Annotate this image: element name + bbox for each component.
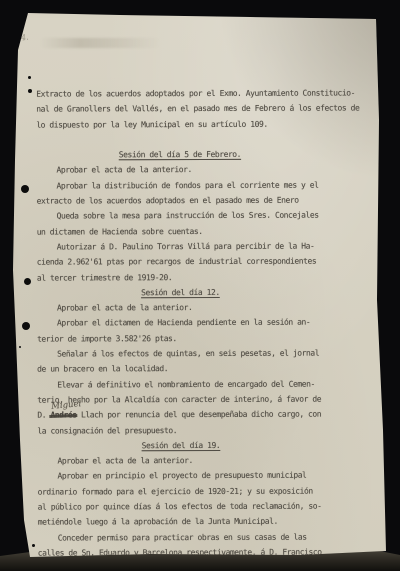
ink-dot	[22, 322, 30, 330]
document-line: al tercer trimestre de 1919-20.	[37, 269, 369, 285]
document-line: un dictamen de Hacienda sobre cuentas.	[37, 223, 369, 239]
document-line: cienda 2.962'61 ptas por recargos de ind…	[37, 254, 369, 270]
document-line: Autorizar á D. Paulino Torras Villá para…	[37, 238, 369, 254]
ink-dot	[28, 89, 32, 93]
session-heading: Sesión del día 5 de Febrero.	[36, 147, 323, 163]
document-line: metiéndole luego á la aprobación de la J…	[38, 514, 370, 530]
document-line: Aprobar el acta de la anterior.	[37, 300, 369, 316]
document-line: Señalar á los efectos de quintas, en sei…	[37, 345, 369, 361]
document-line: Aprobar el acta de la anterior.	[37, 453, 369, 469]
document-line: terio, hecho por la Alcaldía con caracte…	[37, 391, 369, 407]
line-text: Llach por renuncia del que desempeñaba d…	[77, 410, 322, 420]
document-line: Elevar á definitivo el nombramiento de e…	[37, 376, 369, 392]
document-line: nal de Granollers del Vallés, en el pasa…	[36, 101, 368, 117]
corrected-name: MiguelAndrés	[50, 408, 76, 423]
session-heading: Sesión del día 12.	[37, 284, 324, 300]
margin-pencil-note: 4.	[20, 33, 29, 43]
document-line: Conceder permiso para practicar obras en…	[38, 529, 370, 545]
document-line: Aprobar en principio el proyecto de pres…	[38, 468, 370, 484]
document-line: lo dispuesto por la ley Municipal en su …	[36, 116, 368, 132]
ink-dot	[24, 278, 31, 285]
ink-dot	[32, 544, 35, 547]
faint-smudge	[40, 38, 160, 48]
document-line: Extracto de los acuerdos adoptados por e…	[36, 85, 368, 101]
paper-sheet: 4. Extracto de los acuerdos adoptados po…	[0, 0, 400, 571]
document-line: Aprobar la distribución de fondos para e…	[36, 177, 368, 193]
scanned-document-photo: 4. Extracto de los acuerdos adoptados po…	[0, 0, 400, 571]
document-line: Queda sobre la mesa para instrucción de …	[37, 208, 369, 224]
document-line: extracto de los acuerdos adoptados en el…	[37, 192, 369, 208]
ink-dot	[19, 346, 21, 348]
document-line-with-correction: D. MiguelAndrés Llach por renuncia del q…	[37, 407, 369, 423]
document-line: al público por quince días á los efectos…	[38, 498, 370, 514]
document-line: de un bracero en la localidad.	[37, 361, 369, 377]
document-line: terior de importe 3.582'26 ptas.	[37, 330, 369, 346]
session-heading: Sesión del día 19.	[37, 437, 324, 453]
ink-dot	[21, 185, 29, 193]
ink-dot	[28, 76, 31, 79]
document-line: Aprobar el acta de la anterior.	[36, 162, 368, 178]
document-lines: Extracto de los acuerdos adoptados por e…	[36, 85, 370, 560]
document-line: Aprobar el dictamen de Hacienda pendient…	[37, 315, 369, 331]
document-line: la consignación del presupuesto.	[37, 422, 369, 438]
document-line: ordinario formado para el ejercicio de 1…	[38, 483, 370, 499]
struck-out-name: Andrés	[50, 411, 76, 420]
blank-line	[36, 131, 368, 147]
